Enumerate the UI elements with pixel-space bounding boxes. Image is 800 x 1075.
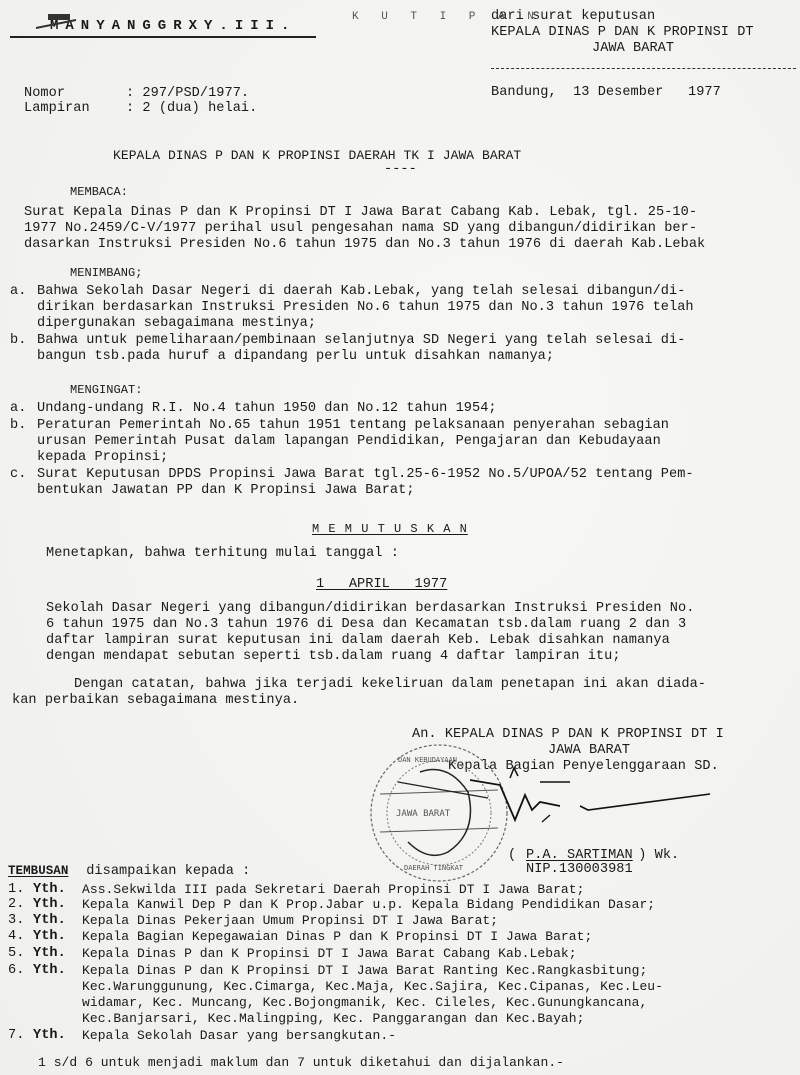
effective-date: 1 APRIL 1977 bbox=[316, 577, 447, 592]
issuer-line-1: KEPALA DINAS P DAN K PROPINSI DT bbox=[491, 25, 754, 40]
tembusan-label: TEMBUSAN bbox=[8, 864, 68, 879]
tembusan-1-prefix: Yth. bbox=[33, 882, 66, 897]
decree-heading: KEPALA DINAS P DAN K PROPINSI DAERAH TK … bbox=[113, 148, 521, 163]
signatory-open-paren: ( bbox=[508, 848, 524, 863]
menimbang-b-marker: b. bbox=[10, 333, 26, 348]
menimbang-a-marker: a. bbox=[10, 284, 26, 299]
membaca-line-1: Surat Kepala Dinas P dan K Propinsi DT I… bbox=[24, 205, 697, 220]
tembusan-2-line: Kepala Kanwil Dep P dan K Prop.Jabar u.p… bbox=[82, 897, 655, 912]
catatan-line-2: kan perbaikan sebagaimana mestinya. bbox=[12, 693, 299, 708]
issuer-line-2: JAWA BARAT bbox=[592, 41, 674, 56]
mengingat-c-line-1: Surat Keputusan DPDS Propinsi Jawa Barat… bbox=[37, 467, 694, 482]
closing-note: 1 s/d 6 untuk menjadi maklum dan 7 untuk… bbox=[38, 1055, 564, 1070]
tembusan-4-prefix: Yth. bbox=[33, 929, 66, 944]
letterhead-left-title: MANYANGGRXY.III. bbox=[50, 19, 296, 34]
memutuskan-title: M E M U T U S K A N bbox=[312, 522, 468, 537]
nomor-value: : 297/PSD/1977. bbox=[126, 86, 249, 101]
lampiran-label: Lampiran bbox=[24, 101, 90, 116]
membaca-line-2: 1977 No.2459/C-V/1977 perihal usul penge… bbox=[24, 221, 697, 236]
menimbang-b-line-2: bangun tsb.pada huruf a dipandang perlu … bbox=[37, 349, 554, 364]
tembusan-4-line: Kepala Bagian Kepegawaian Dinas P dan K … bbox=[82, 929, 592, 944]
tembusan-6-line-4: Kec.Banjarsari, Kec.Malingping, Kec. Pan… bbox=[82, 1011, 584, 1026]
signatory-close-wk: ) Wk. bbox=[630, 848, 679, 863]
decision-body-line-4: dengan mendapat sebutan seperti tsb.dala… bbox=[46, 649, 621, 664]
tembusan-2-prefix: Yth. bbox=[33, 897, 66, 912]
nomor-label: Nomor bbox=[24, 86, 65, 101]
mengingat-c-line-2: bentukan Jawatan PP dan K Propinsi Jawa … bbox=[37, 483, 415, 498]
scanned-document-page: MANYANGGRXY.III. K U T I P A N dari sura… bbox=[0, 0, 800, 1075]
tembusan-3-marker: 3. bbox=[8, 913, 24, 928]
mengingat-a-marker: a. bbox=[10, 401, 26, 416]
tembusan-6-line-3: widamar, Kec. Muncang, Kec.Bojongmanik, … bbox=[82, 995, 647, 1010]
menimbang-a-line-1: Bahwa Sekolah Dasar Negeri di daerah Kab… bbox=[37, 284, 685, 299]
mengingat-b-marker: b. bbox=[10, 418, 26, 433]
tembusan-2-marker: 2. bbox=[8, 897, 24, 912]
tembusan-1-marker: 1. bbox=[8, 882, 24, 897]
membaca-line-3: dasarkan Instruksi Presiden No.6 tahun 1… bbox=[24, 237, 705, 252]
heading-underline: ---- bbox=[384, 162, 417, 177]
menetapkan-line: Menetapkan, bahwa terhitung mulai tangga… bbox=[46, 546, 399, 561]
mengingat-b-line-3: kepada Propinsi; bbox=[37, 450, 168, 465]
menimbang-b-line-1: Bahwa untuk pemeliharaan/pembinaan selan… bbox=[37, 333, 685, 348]
tembusan-3-line: Kepala Dinas Pekerjaan Umum Propinsi DT … bbox=[82, 913, 498, 928]
tembusan-6-marker: 6. bbox=[8, 963, 24, 978]
tembusan-5-line: Kepala Dinas P dan K Propinsi DT I Jawa … bbox=[82, 946, 577, 961]
letterhead-underline bbox=[10, 36, 316, 38]
decision-body-line-2: 6 tahun 1975 dan No.3 tahun 1976 di Desa… bbox=[46, 617, 686, 632]
handwritten-signature-icon bbox=[470, 760, 720, 840]
tembusan-6-line-2: Kec.Warunggunung, Kec.Cimarga, Kec.Maja,… bbox=[82, 979, 663, 994]
tembusan-6-prefix: Yth. bbox=[33, 963, 66, 978]
issuer-dashed-rule bbox=[491, 68, 796, 69]
lampiran-value: : 2 (dua) helai. bbox=[126, 101, 257, 116]
ink-smudge-icon bbox=[32, 6, 82, 30]
membaca-label: MEMBACA: bbox=[70, 185, 128, 200]
tembusan-3-prefix: Yth. bbox=[33, 913, 66, 928]
menimbang-a-line-3: dipergunakan sebagaimana mestinya; bbox=[37, 316, 316, 331]
catatan-line-1: Dengan catatan, bahwa jika terjadi kekel… bbox=[74, 677, 706, 692]
tembusan-1-line: Ass.Sekwilda III pada Sekretari Daerah P… bbox=[82, 882, 584, 897]
tembusan-5-marker: 5. bbox=[8, 946, 24, 961]
svg-text:JAWA BARAT: JAWA BARAT bbox=[396, 809, 451, 819]
dari-surat-keputusan: dari surat keputusan bbox=[491, 9, 655, 24]
signatory-nip: NIP.130003981 bbox=[526, 862, 633, 877]
mengingat-c-marker: c. bbox=[10, 467, 26, 482]
decision-body-line-3: daftar lampiran surat keputusan ini dala… bbox=[46, 633, 670, 648]
signature-an-line-1: An. KEPALA DINAS P DAN K PROPINSI DT I bbox=[412, 727, 724, 742]
menimbang-label: MENIMBANG; bbox=[70, 266, 143, 281]
signature-an-line-2: JAWA BARAT bbox=[548, 743, 630, 758]
tembusan-7-marker: 7. bbox=[8, 1028, 24, 1043]
svg-text:DAN KEBUDAYAAN: DAN KEBUDAYAAN bbox=[398, 756, 457, 764]
place-date: Bandung, 13 Desember 1977 bbox=[491, 85, 721, 100]
mengingat-b-line-1: Peraturan Pemerintah No.65 tahun 1951 te… bbox=[37, 418, 669, 433]
menimbang-a-line-2: dirikan berdasarkan Instruksi Presiden N… bbox=[37, 300, 694, 315]
signatory-name: P.A. SARTIMAN bbox=[526, 848, 633, 863]
mengingat-a-line-1: Undang-undang R.I. No.4 tahun 1950 dan N… bbox=[37, 401, 497, 416]
tembusan-intro: disampaikan kepada : bbox=[78, 864, 250, 879]
tembusan-5-prefix: Yth. bbox=[33, 946, 66, 961]
tembusan-7-prefix: Yth. bbox=[33, 1028, 66, 1043]
tembusan-4-marker: 4. bbox=[8, 929, 24, 944]
tembusan-7-line: Kepala Sekolah Dasar yang bersangkutan.- bbox=[82, 1028, 396, 1043]
mengingat-label: MENGINGAT: bbox=[70, 383, 143, 398]
tembusan-6-line-1: Kepala Dinas P dan K Propinsi DT I Jawa … bbox=[82, 963, 647, 978]
svg-text:DAERAH TINGKAT: DAERAH TINGKAT bbox=[404, 864, 464, 872]
decision-body-line-1: Sekolah Dasar Negeri yang dibangun/didir… bbox=[46, 601, 694, 616]
mengingat-b-line-2: urusan Pemerintah Pusat dalam lapangan P… bbox=[37, 434, 661, 449]
